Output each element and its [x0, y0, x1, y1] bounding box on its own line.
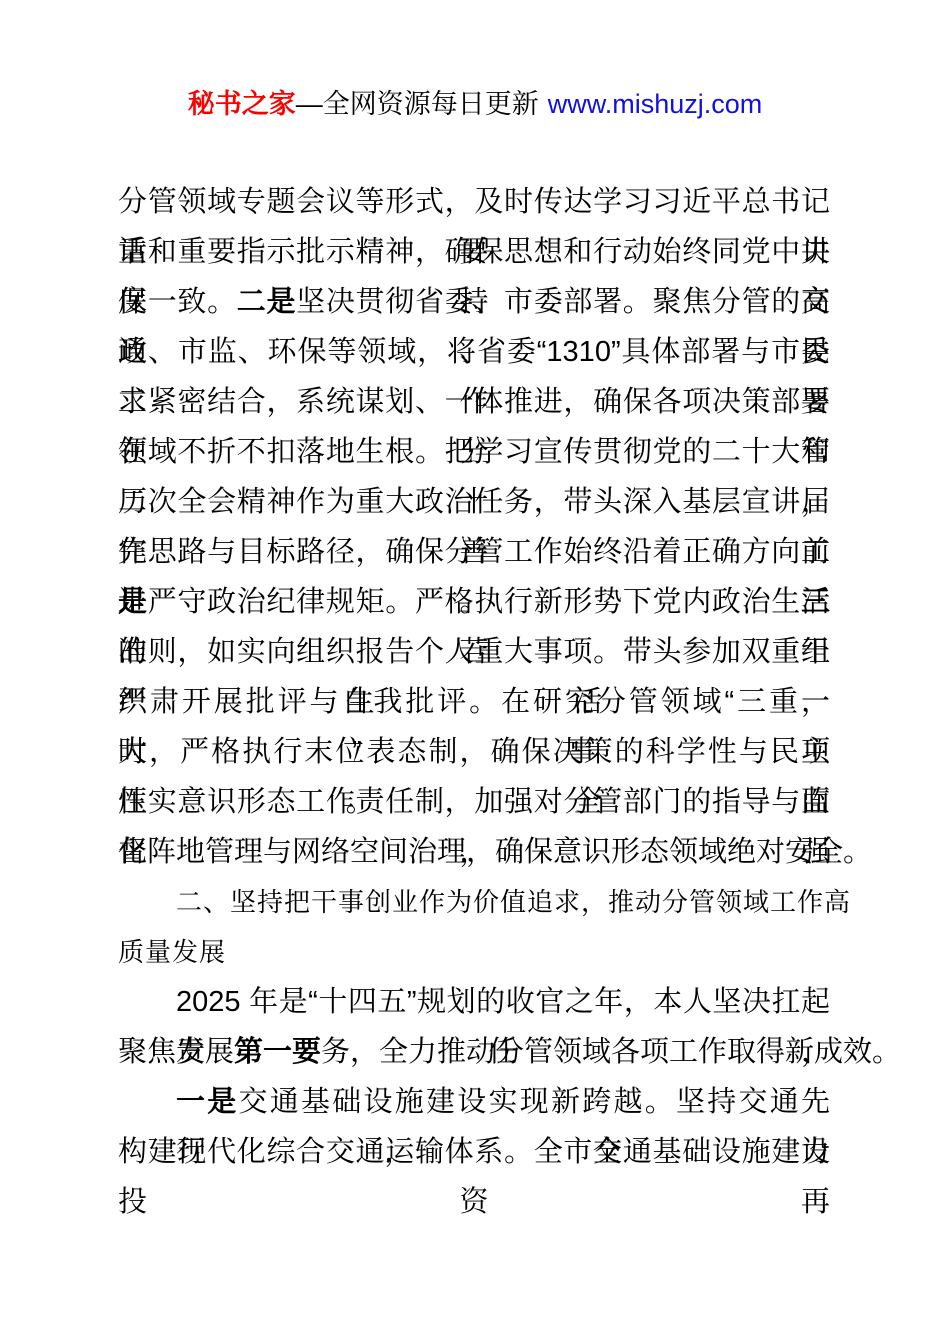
text-line: 构建现代化综合交通运输体系。全市交通基础设施建设投资再 — [118, 1127, 830, 1177]
text-line: 一是交通基础设施建设实现新跨越。坚持交通先行，全力 — [118, 1077, 830, 1127]
text-run: 聚焦发展 — [118, 1036, 234, 1068]
text-run: 化阵地管理与网络空间治理，确保意识形态领域绝对安全。 — [118, 836, 872, 868]
text-run: 质量发展 — [118, 937, 226, 967]
heading-line: 二、坚持把干事创业作为价值追求，推动分管领域工作高 — [118, 877, 830, 927]
text-line: 时，严格执行末位表态制，确保决策的科学性与民主性。全面 — [118, 727, 830, 777]
site-tagline: —全网资源每日更新 — [296, 89, 539, 119]
text-line: 作思路与目标路径，确保分管工作始终沿着正确方向前进。三 — [118, 527, 830, 577]
text-line: 历次全会精神作为重大政治任务，带头深入基层宣讲，完善工 — [118, 477, 830, 527]
site-brand: 秘书之家 — [188, 89, 296, 119]
document-body: 分管领域专题会议等形式，及时传达学习习近平总书记重要讲话和重要指示批示精神，确保… — [118, 177, 830, 1177]
text-line: 领域不折不扣落地生根。把学习宣传贯彻党的二十大和二十届 — [118, 427, 830, 477]
text-line: 准则，如实向组织报告个人重大事项。带头参加双重组织生活， — [118, 627, 830, 677]
text-run: 度一致。 — [118, 286, 237, 318]
site-header: 秘书之家—全网资源每日更新www.mishuzj.com — [0, 86, 950, 122]
text-line: 话和重要指示批示精神，确保思想和行动始终同党中央保持高 — [118, 227, 830, 277]
text-line: 是严守政治纪律规矩。严格执行新形势下党内政治生活的若干 — [118, 577, 830, 627]
text-line: 2025 年是“十四五”规划的收官之年，本人坚决扛起责任， — [118, 977, 830, 1027]
site-url: www.mishuzj.com — [548, 89, 763, 119]
text-line: 求紧密结合，系统谋划、一体推进，确保各项决策部署在分管 — [118, 377, 830, 427]
text-line: 政、市监、环保等领域，将省委“1310”具体部署与市委工作要 — [118, 327, 830, 377]
text-run: 务，全力推动分管领域各项工作取得新成效。 — [321, 1036, 901, 1068]
text-line: 分管领域专题会议等形式，及时传达学习习近平总书记重要讲 — [118, 177, 830, 227]
heading-line: 质量发展 — [118, 927, 830, 977]
text-line: 化阵地管理与网络空间治理，确保意识形态领域绝对安全。 — [118, 827, 830, 877]
text-line: 严肃开展批评与自我批评。在研究分管领域“三重一大”事项 — [118, 677, 830, 727]
text-line: 聚焦发展第一要务，全力推动分管领域各项工作取得新成效。 — [118, 1027, 830, 1077]
text-run: 二是 — [237, 286, 296, 318]
text-run: 是 — [118, 586, 148, 618]
text-line: 度一致。二是坚决贯彻省委、市委部署。聚焦分管的交通、民 — [118, 277, 830, 327]
text-line: 压实意识形态工作责任制，加强对分管部门的指导与监督，强 — [118, 777, 830, 827]
text-run: 构建现代化综合交通运输体系。全市交通基础设施建设投资再 — [118, 1136, 830, 1218]
text-run: 一是 — [176, 1086, 239, 1118]
text-run: 二、坚持把干事创业作为价值追求，推动分管领域工作高 — [176, 887, 851, 917]
text-run: 第一要 — [234, 1036, 321, 1068]
